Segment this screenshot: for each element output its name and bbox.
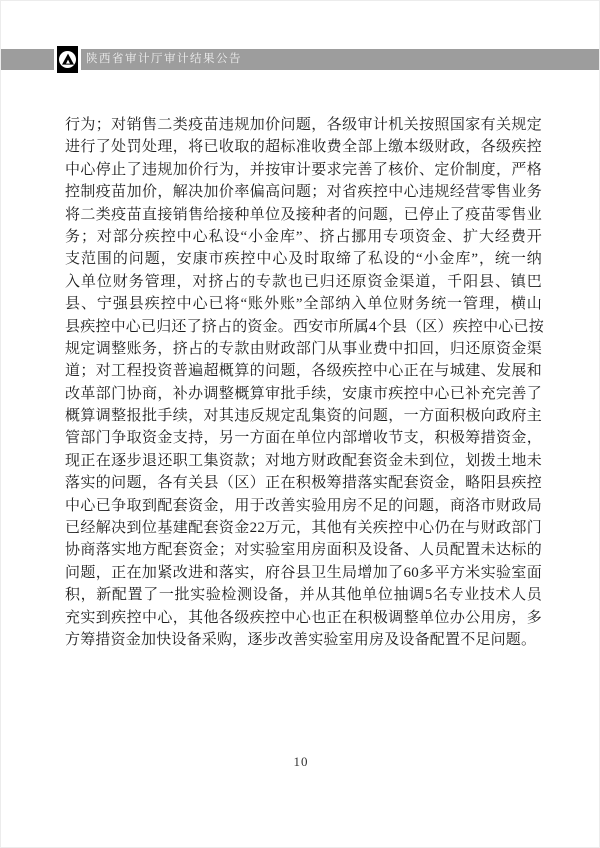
text-line: 中心已争取到配套资金，用于改善实验用房不足的问题，商洛市财政局 [65, 495, 542, 517]
text-line: 落实的问题，各有关县（区）正在积极筹措落实配套资金，略阳县疾控 [65, 472, 542, 494]
text-line: 务；对部分疾控中心私设“小金库”、挤占挪用专项资金、扩大经费开 [65, 226, 542, 248]
page-number: 10 [294, 754, 309, 769]
text-line: 问题，正在加紧改进和落实，府谷县卫生局增加了60多平方米实验室面 [65, 562, 542, 584]
text-line: 概算调整报批手续，对其违反规定乱集资的问题，一方面积极向政府主 [65, 405, 542, 427]
text-line: 改革部门协商，补办调整概算审批手续，安康市疾控中心已补充完善了 [65, 383, 542, 405]
text-line: 管部门争取资金支持，另一方面在单位内部增收节支，积极筹措资金， [65, 427, 542, 449]
audit-logo [54, 46, 81, 73]
text-line: 协商落实地方配套资金；对实验室用房面积及设备、人员配置未达标的 [65, 539, 542, 561]
text-line: 现正在逐步退还职工集资款；对地方财政配套资金未到位，划拨土地未 [65, 450, 542, 472]
text-line: 中心停止了违规加价行为，并按审计要求完善了核价、定价制度，严格 [65, 159, 542, 181]
text-line: 规定调整账务，挤占的专款由财政部门从事业费中扣回，归还原资金渠 [65, 338, 542, 360]
text-line: 积，新配置了一批实验检测设备，并从其他单位抽调5名专业技术人员 [65, 584, 542, 606]
audit-emblem-icon [57, 46, 78, 73]
text-line: 县、宁强县疾控中心已将“账外账”全部纳入单位财务统一管理，横山 [65, 293, 542, 315]
text-line: 进行了处罚处理，将已收取的超标准收费全部上缴本级财政，各级疾控 [65, 136, 542, 158]
text-line: 已经解决到位基建配套资金22万元，其他有关疾控中心仍在与财政部门 [65, 517, 542, 539]
text-line: 入单位财务管理，对挤占的专款也已归还原资金渠道，千阳县、镇巴 [65, 271, 542, 293]
document-page: 陕西省审计厅审计结果公告 行为；对销售二类疫苗违规加价问题，各级审计机关按照国家… [0, 0, 600, 848]
text-line: 县疾控中心已归还了挤占的资金。西安市所属4个县（区）疾控中心已按 [65, 316, 542, 338]
header-title: 陕西省审计厅审计结果公告 [86, 49, 242, 70]
body-paragraph: 行为；对销售二类疫苗违规加价问题，各级审计机关按照国家有关规定进行了处罚处理，将… [65, 114, 542, 651]
text-line: 将二类疫苗直接销售给接种单位及接种者的问题，已停止了疫苗零售业 [65, 204, 542, 226]
text-line: 支范围的问题，安康市疾控中心及时取缔了私设的“小金库”，统一纳 [65, 248, 542, 270]
footer: 10 [1, 753, 600, 771]
text-line: 方筹措资金加快设备采购，逐步改善实验室用房及设备配置不足问题。 [65, 629, 542, 651]
text-line: 道；对工程投资普遍超概算的问题，各级疾控中心正在与城建、发展和 [65, 360, 542, 382]
text-line: 充实到疾控中心，其他各级疾控中心也正在积极调整单位办公用房，多 [65, 607, 542, 629]
text-line: 控制疫苗加价，解决加价率偏高问题；对省疾控中心违规经营零售业务 [65, 181, 542, 203]
header-bar: 陕西省审计厅审计结果公告 [1, 49, 600, 70]
text-line: 行为；对销售二类疫苗违规加价问题，各级审计机关按照国家有关规定 [65, 114, 542, 136]
